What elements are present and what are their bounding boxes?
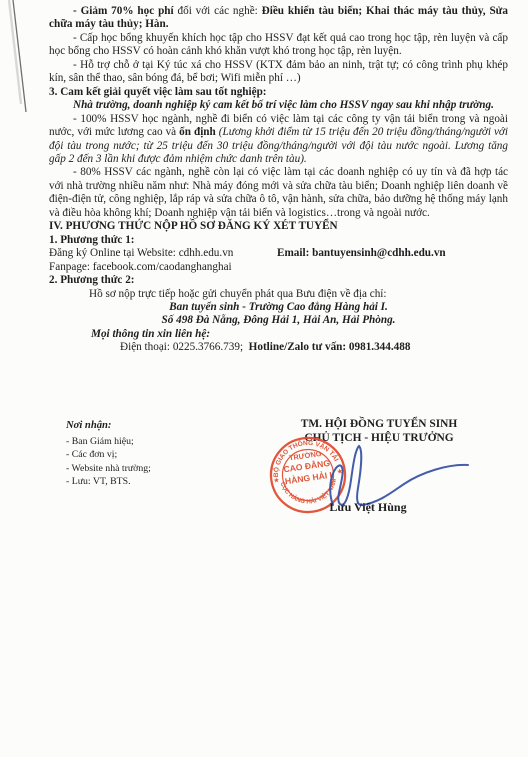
paragraph: Fanpage: facebook.com/caodanghanghai xyxy=(49,261,508,274)
paragraph: - 80% HSSV các ngành, nghề còn lại có vi… xyxy=(49,166,508,220)
text-run: Đăng ký Online tại Website: cdhh.edu.vn xyxy=(49,247,233,259)
text-run: - Hỗ trợ chỗ ở tại Ký túc xá cho HSSV (K… xyxy=(49,59,508,84)
signature-heading-line1: TM. HỘI ĐỒNG TUYỂN SINH xyxy=(281,417,477,431)
paragraph: Nhà trường, doanh nghiệp ký cam kết bố t… xyxy=(49,99,508,112)
text-run: - Giảm 70% học phí xyxy=(73,5,178,17)
recipient-item: - Website nhà trường; xyxy=(66,462,151,475)
recipients-block: Nơi nhận: - Ban Giám hiệu; - Các đơn vị;… xyxy=(66,419,151,488)
text-run: Fanpage: facebook.com/caodanghanghai xyxy=(49,261,232,273)
paragraph: Điện thoại: 0225.3766.739; Hotline/Zalo … xyxy=(49,341,508,354)
text-run: Hồ sơ nộp trực tiếp hoặc gửi chuyển phát… xyxy=(89,288,387,300)
recipients-heading: Nơi nhận: xyxy=(66,419,151,432)
recipient-item: - Lưu: VT, BTS. xyxy=(66,475,151,488)
star-icon: ★ xyxy=(273,476,280,485)
text-run: - Cấp học bổng khuyến khích học tập cho … xyxy=(49,32,508,57)
paragraph: - Cấp học bổng khuyến khích học tập cho … xyxy=(49,32,508,59)
text-run: 3. Cam kết giải quyết việc làm sau tốt n… xyxy=(49,86,267,98)
paragraph: 1. Phương thức 1: xyxy=(49,234,508,247)
text-run: 1. Phương thức 1: xyxy=(49,234,135,246)
paragraph: - 100% HSSV học ngành, nghề đi biển có v… xyxy=(49,113,508,167)
paragraph: Số 498 Đà Nẵng, Đông Hải 1, Hải An, Hải … xyxy=(49,314,508,327)
text-run: 2. Phương thức 2: xyxy=(49,274,135,286)
paragraph: Đăng ký Online tại Website: cdhh.edu.vnE… xyxy=(49,247,508,260)
paragraph: 2. Phương thức 2: xyxy=(49,274,508,287)
recipient-item: - Ban Giám hiệu; xyxy=(66,435,151,448)
text-run: Email: bantuyensinh@cdhh.edu.vn xyxy=(277,247,446,260)
text-run: đối với các nghề: xyxy=(178,5,262,17)
text-run: - 80% HSSV các ngành, nghề còn lại có vi… xyxy=(49,166,508,218)
paragraph: Hồ sơ nộp trực tiếp hoặc gửi chuyển phát… xyxy=(49,288,508,301)
recipient-item: - Các đơn vị; xyxy=(66,448,151,461)
signer-name: Lưu Việt Hùng xyxy=(283,500,453,515)
text-run: ổn định xyxy=(179,126,219,138)
document-body: - Giảm 70% học phí đối với các nghề: Điề… xyxy=(49,5,508,355)
paragraph: Ban tuyển sinh - Trường Cao đẳng Hàng hả… xyxy=(49,301,508,314)
document-page: - Giảm 70% học phí đối với các nghề: Điề… xyxy=(0,0,528,757)
paragraph: 3. Cam kết giải quyết việc làm sau tốt n… xyxy=(49,86,508,99)
text-run: IV. PHƯƠNG THỨC NỘP HỒ SƠ ĐĂNG KÝ XÉT TU… xyxy=(49,220,338,232)
text-run: Nhà trường, doanh nghiệp ký cam kết bố t… xyxy=(73,99,494,111)
text-run: Điện thoại: 0225.3766.739; xyxy=(120,341,249,353)
paragraph: - Hỗ trợ chỗ ở tại Ký túc xá cho HSSV (K… xyxy=(49,59,508,86)
text-run: Số 498 Đà Nẵng, Đông Hải 1, Hải An, Hải … xyxy=(162,314,396,326)
text-run: Ban tuyển sinh - Trường Cao đẳng Hàng hả… xyxy=(169,301,388,313)
paragraph: - Giảm 70% học phí đối với các nghề: Điề… xyxy=(49,5,508,32)
paragraph: IV. PHƯƠNG THỨC NỘP HỒ SƠ ĐĂNG KÝ XÉT TU… xyxy=(49,220,508,233)
text-run: Mọi thông tin xin liên hệ: xyxy=(91,328,210,340)
paragraph: Mọi thông tin xin liên hệ: xyxy=(49,328,508,341)
text-run: Hotline/Zalo tư vấn: 0981.344.488 xyxy=(249,341,411,353)
